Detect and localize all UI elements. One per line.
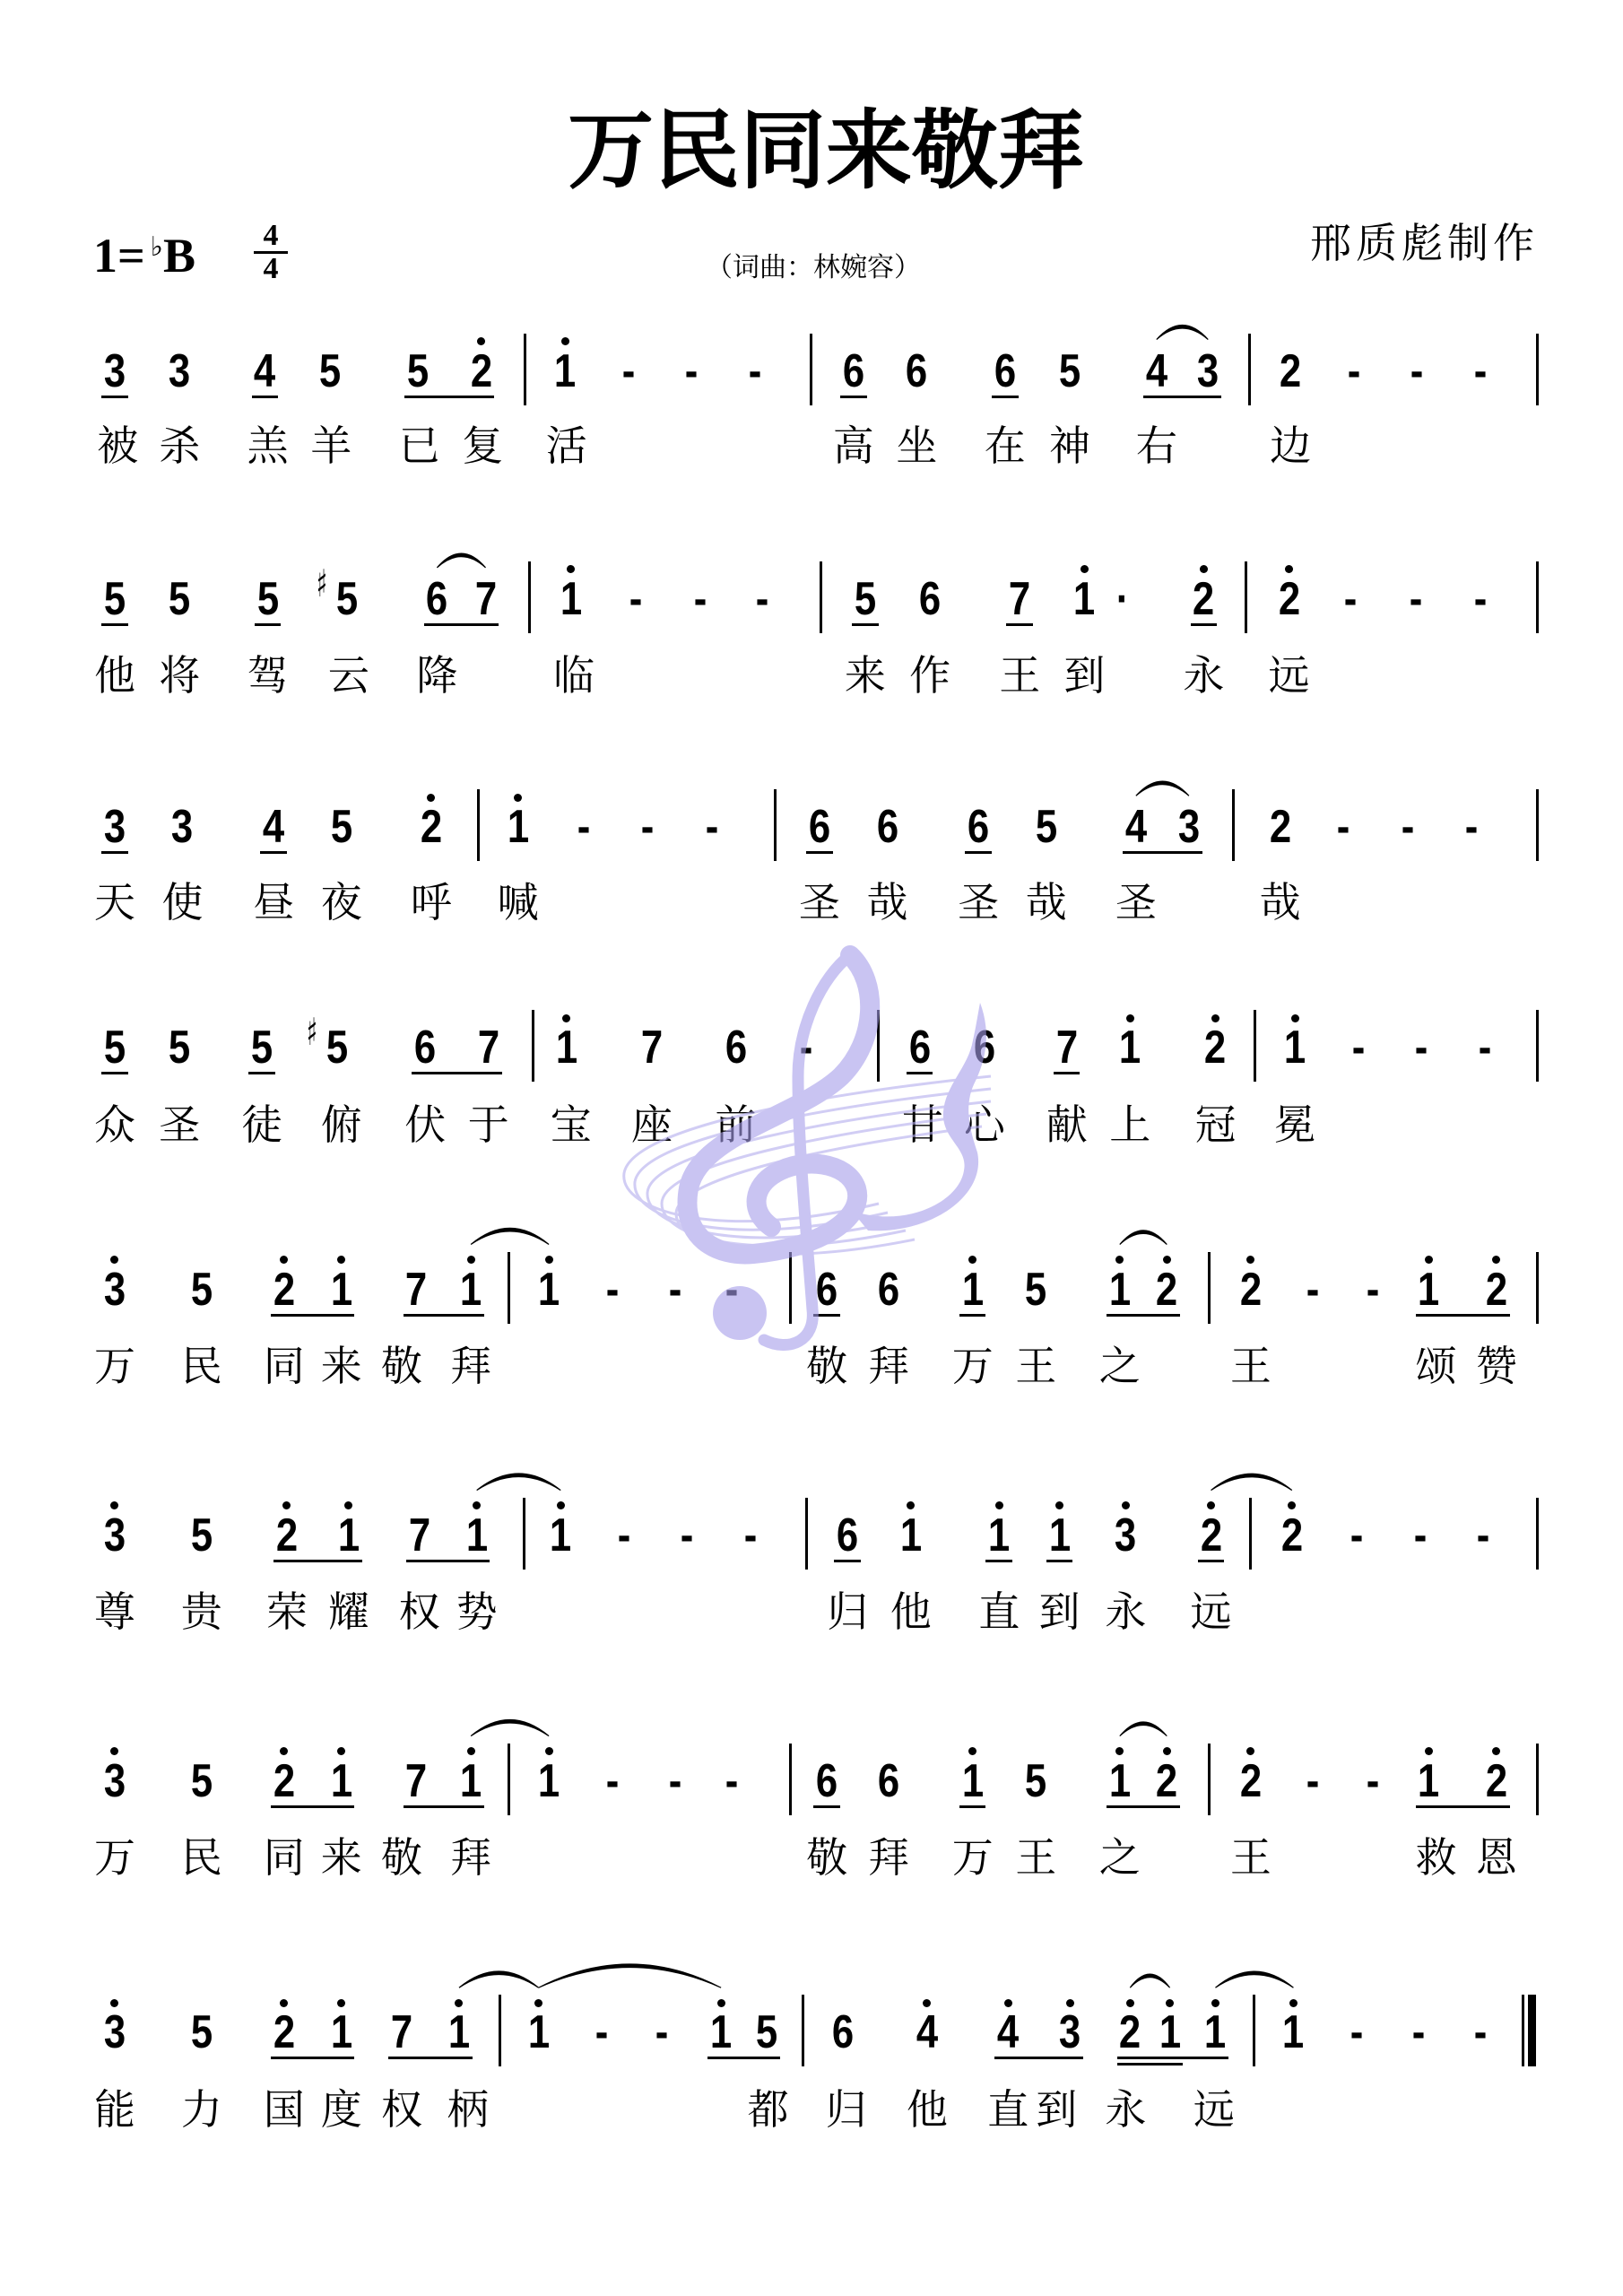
note-digit: -	[681, 1511, 694, 1560]
note-digit: 5	[855, 575, 876, 623]
barline	[523, 1498, 525, 1570]
note-digit: 6	[906, 347, 927, 396]
lyric-syllable: 颂	[1416, 1344, 1457, 1388]
note-digit: 5	[251, 1023, 273, 1072]
note-digit: 1	[1418, 1757, 1439, 1805]
barline	[1536, 789, 1539, 861]
note-digit: -	[1337, 803, 1350, 851]
note-digit: 4	[997, 2008, 1019, 2057]
note-digit: 1	[1418, 1265, 1439, 1314]
lyric-syllable: 将	[159, 653, 200, 698]
beam-underline	[101, 851, 128, 854]
note-digit: -	[725, 1757, 738, 1805]
barline	[1536, 1498, 1539, 1570]
note-digit: 2	[421, 803, 442, 851]
note-digit: -	[669, 1757, 682, 1805]
note-digit: -	[1409, 575, 1422, 623]
lyric-syllable: 在	[985, 423, 1026, 468]
note-digit: 3	[1178, 803, 1200, 851]
lyric-syllable: 度	[321, 2087, 362, 2132]
barline	[789, 1252, 792, 1324]
lyric-syllable: 敬	[381, 1835, 422, 1880]
lyric-syllable: 甘	[902, 1102, 943, 1147]
note-digit: 1	[338, 1511, 360, 1560]
beam-underline	[992, 396, 1019, 398]
barline	[1536, 1010, 1539, 1082]
sheet-music-page: 万民同来敬拜 1=♭B 4 4 （词曲：林婉容） 邢质彪制作 3345521--…	[0, 0, 1623, 2296]
lyric-syllable: 万	[952, 1344, 994, 1388]
note-digit: 6	[843, 347, 864, 396]
lyric-syllable: 他	[94, 653, 135, 698]
note-digit: 6	[968, 803, 989, 851]
lyric-syllable: 归	[826, 2087, 867, 2132]
note-digit: 6	[725, 1023, 746, 1072]
note-digit: 1	[448, 2008, 470, 2057]
note-digit: 5	[257, 575, 279, 623]
note-digit: -	[800, 1023, 813, 1072]
note-digit: -	[706, 803, 719, 851]
note-digit: 1	[466, 1511, 488, 1560]
barline	[1536, 1744, 1539, 1815]
note-digit: 5	[191, 2008, 213, 2057]
lyric-syllable: 献	[1046, 1102, 1088, 1147]
lyric-syllable: 赞	[1476, 1344, 1517, 1388]
lyric-syllable: 来	[845, 653, 886, 698]
note-digit: -	[1347, 347, 1360, 396]
barline	[508, 1252, 510, 1324]
beam-underline	[959, 1314, 986, 1317]
note-digit: 6	[414, 1023, 436, 1072]
lyric-syllable: 拜	[450, 1344, 491, 1388]
octave-dot-high	[1425, 1256, 1433, 1264]
note-digit: 1	[710, 2008, 732, 2057]
beam-underline	[1191, 623, 1218, 626]
octave-dot-high	[1291, 1014, 1299, 1022]
beam-underline	[388, 2057, 473, 2059]
sharp-icon: ♯	[316, 564, 328, 604]
note-digit: 1	[1282, 2008, 1304, 2057]
lyric-syllable: 宝	[551, 1102, 592, 1147]
octave-dot-high	[1126, 1014, 1134, 1022]
beam-underline	[271, 2057, 355, 2059]
lyric-syllable: 王	[1015, 1344, 1056, 1388]
octave-dot-high	[1425, 1747, 1433, 1755]
lyric-syllable: 救	[1416, 1835, 1457, 1880]
note-digit: 1	[331, 2008, 352, 2057]
lyric-syllable: 直	[987, 2087, 1028, 2132]
note-digit: 3	[1115, 1511, 1136, 1560]
beam-underline	[404, 1805, 484, 1808]
note-digit: 7	[405, 1265, 427, 1314]
lyric-syllable: 伏	[404, 1102, 446, 1147]
note-digit: 1	[1109, 1265, 1131, 1314]
note-digit: 6	[908, 1023, 930, 1072]
octave-dot-high	[514, 794, 522, 802]
lyric-syllable: 敬	[806, 1344, 847, 1388]
octave-dot-high	[557, 1501, 565, 1509]
lyric-syllable: 于	[468, 1102, 509, 1147]
lyric-syllable: 都	[748, 2087, 789, 2132]
note-digit: -	[756, 575, 769, 623]
note-digit: 4	[916, 2008, 938, 2057]
beam-underline	[1054, 1072, 1081, 1074]
lyric-syllable: 敬	[381, 1344, 422, 1388]
note-digit: 3	[104, 1757, 126, 1805]
lyric-syllable: 永	[1105, 1589, 1146, 1634]
lyric-syllable: 来	[321, 1344, 362, 1388]
note-digit: 2	[1204, 1023, 1226, 1072]
lyric-syllable: 万	[94, 1835, 135, 1880]
note-digit: 4	[254, 347, 275, 396]
note-digit: 1	[962, 1757, 984, 1805]
octave-dot-high	[1211, 1014, 1219, 1022]
lyric-syllable: 来	[321, 1835, 362, 1880]
lyric-syllable: 右	[1136, 423, 1177, 468]
note-digit: 7	[405, 1757, 427, 1805]
beam-underline	[1107, 1805, 1180, 1808]
note-digit: 2	[1486, 1757, 1507, 1805]
barline	[810, 334, 812, 405]
lyric-syllable: 被	[97, 423, 138, 468]
note-digit: -	[685, 347, 699, 396]
octave-dot-high	[1126, 1999, 1134, 2007]
note-digit: 5	[318, 347, 340, 396]
note-digit: -	[618, 1511, 631, 1560]
note-digit: 1	[962, 1265, 984, 1314]
lyric-syllable: 前	[716, 1102, 757, 1147]
note-digit: 1	[331, 1265, 352, 1314]
note-digit: 5	[191, 1511, 213, 1560]
note-digit: 1	[460, 1265, 482, 1314]
beam-underline	[273, 1560, 361, 1562]
note-digit: ·	[1116, 575, 1130, 623]
note-digit: 5	[1059, 347, 1081, 396]
note-digit: -	[1351, 1023, 1365, 1072]
beam-underline	[271, 1805, 355, 1808]
lyric-syllable: 边	[1270, 423, 1311, 468]
note-digit: 5	[169, 575, 190, 623]
beam-underline	[260, 851, 287, 854]
note-digit: 2	[1119, 2008, 1141, 2057]
lyric-syllable: 活	[546, 423, 587, 468]
note-digit: 5	[104, 575, 126, 623]
barline	[1245, 561, 1247, 633]
lyric-syllable: 坐	[896, 423, 937, 468]
lyric-syllable: 到	[1036, 2087, 1077, 2132]
barline	[789, 1744, 792, 1815]
lyric-syllable: 喊	[498, 880, 539, 925]
note-digit: 2	[273, 1265, 295, 1314]
note-digit: 1	[1048, 1511, 1070, 1560]
beam-underline	[994, 2057, 1082, 2059]
beam-underline	[1006, 623, 1033, 626]
octave-dot-high	[995, 1501, 1003, 1509]
lyric-syllable: 国	[264, 2087, 305, 2132]
note-digit: 1	[1204, 2008, 1226, 2057]
note-digit: 5	[331, 803, 352, 851]
note-digit: 1	[460, 1757, 482, 1805]
beam-underline	[1143, 396, 1221, 398]
lyric-syllable: 降	[416, 653, 457, 698]
note-digit: -	[1344, 575, 1358, 623]
note-digit: 1	[1119, 1023, 1141, 1072]
beam-underline	[1107, 1314, 1180, 1317]
note-digit: -	[1350, 1511, 1364, 1560]
beam-underline	[965, 851, 992, 854]
lyric-syllable: 圣	[958, 880, 999, 925]
lyric-syllable: 直	[978, 1589, 1020, 1634]
lyric-syllable: 永	[1183, 653, 1224, 698]
lyric-syllable: 冠	[1194, 1102, 1236, 1147]
barline	[1254, 1010, 1256, 1082]
note-digit: 5	[407, 347, 429, 396]
note-digit: 5	[169, 1023, 190, 1072]
note-digit: 1	[560, 575, 582, 623]
note-digit: -	[1412, 2008, 1426, 2057]
lyric-syllable: 圣	[159, 1102, 200, 1147]
lyric-syllable: 羔	[247, 423, 289, 468]
octave-dot-high	[1166, 1999, 1174, 2007]
lyric-syllable: 到	[1063, 653, 1105, 698]
note-digit: 2	[1486, 1265, 1507, 1314]
beam-underline	[1046, 1560, 1073, 1562]
beam-underline	[404, 1314, 484, 1317]
note-digit: -	[1306, 1265, 1319, 1314]
note-digit: 6	[878, 1757, 899, 1805]
lyric-syllable: 徒	[241, 1102, 282, 1147]
note-digit: 1	[507, 803, 528, 851]
lyric-syllable: 民	[181, 1835, 222, 1880]
note-digit: 5	[1036, 803, 1057, 851]
note-digit: 4	[1146, 347, 1167, 396]
note-digit: -	[605, 1265, 619, 1314]
note-digit: 2	[1281, 1511, 1303, 1560]
note-digit: -	[577, 803, 591, 851]
sharp-icon: ♯	[306, 1013, 318, 1052]
lyric-syllable: 羊	[310, 423, 352, 468]
barline	[477, 789, 480, 861]
beam-underline	[834, 1560, 861, 1562]
lyric-syllable: 高	[833, 423, 874, 468]
barline	[528, 561, 531, 633]
lyric-syllable: 到	[1039, 1589, 1081, 1634]
note-digit: -	[621, 347, 635, 396]
lyric-syllable: 上	[1109, 1102, 1150, 1147]
octave-dot-high	[545, 1256, 553, 1264]
beam-underline	[813, 1805, 840, 1808]
note-digit: 5	[1025, 1265, 1046, 1314]
barline	[1232, 789, 1235, 861]
lyric-syllable: 万	[952, 1835, 994, 1880]
final-barline-thin	[1522, 1995, 1524, 2066]
note-digit: -	[1478, 1023, 1491, 1072]
lyric-syllable: 杀	[159, 423, 200, 468]
lyric-syllable: 敬	[806, 1835, 847, 1880]
note-digit: 5	[336, 575, 358, 623]
lyric-syllable: 作	[909, 653, 950, 698]
barline	[1248, 334, 1251, 405]
note-digit: 1	[556, 1023, 577, 1072]
note-digit: 7	[409, 1511, 430, 1560]
note-digit: 3	[171, 803, 193, 851]
barline	[1536, 1252, 1539, 1324]
note-digit: 1	[550, 1511, 571, 1560]
beam-underline	[271, 1314, 355, 1317]
note-digit: 2	[1240, 1757, 1262, 1805]
beam-underline	[248, 1072, 275, 1074]
note-digit: -	[1410, 347, 1424, 396]
note-digit: 3	[104, 1265, 126, 1314]
lyric-syllable: 临	[553, 653, 595, 698]
beam-underline	[959, 1805, 986, 1808]
lyric-syllable: 力	[181, 2087, 222, 2132]
note-digit: -	[641, 803, 655, 851]
note-digit: -	[749, 347, 762, 396]
note-digit: -	[694, 575, 707, 623]
beam-underline	[255, 623, 282, 626]
octave-dot-high	[280, 1999, 288, 2007]
note-digit: -	[605, 1757, 619, 1805]
note-digit: 2	[1240, 1265, 1262, 1314]
beam-underline	[1416, 1805, 1510, 1808]
lyric-syllable: 昼	[253, 880, 294, 925]
octave-dot-high	[1163, 1256, 1171, 1264]
lyric-syllable: 永	[1105, 2087, 1146, 2132]
lyric-syllable: 云	[328, 653, 369, 698]
octave-dot-high	[427, 794, 435, 802]
note-digit: 5	[756, 2008, 777, 2057]
note-digit: 2	[1156, 1265, 1177, 1314]
note-digit: 7	[641, 1023, 663, 1072]
beam-underline	[101, 1072, 128, 1074]
beam-underline-double	[1117, 2063, 1184, 2066]
lyric-syllable: 复	[462, 423, 503, 468]
beam-underline	[1416, 1314, 1510, 1317]
beam-underline	[412, 1072, 501, 1074]
lyric-syllable: 已	[399, 423, 440, 468]
note-digit: -	[655, 2008, 669, 2057]
note-digit: 5	[1025, 1757, 1046, 1805]
lyric-syllable: 圣	[1115, 880, 1157, 925]
octave-dot-high	[1122, 1501, 1130, 1509]
barline	[877, 1010, 880, 1082]
lyric-syllable: 之	[1099, 1835, 1141, 1880]
note-digit: 3	[104, 803, 126, 851]
note-digit: 2	[273, 1757, 295, 1805]
lyric-syllable: 哉	[1026, 880, 1067, 925]
lyric-syllable: 势	[456, 1589, 498, 1634]
note-digit: 1	[1284, 1023, 1306, 1072]
barline	[508, 1744, 510, 1815]
barline	[820, 561, 822, 633]
note-digit: 3	[104, 1511, 126, 1560]
note-digit: 7	[474, 575, 496, 623]
beam-underline	[404, 396, 494, 398]
note-digit: 6	[809, 803, 830, 851]
barline	[1208, 1744, 1211, 1815]
note-digit: -	[1350, 2008, 1364, 2057]
barline	[1249, 1498, 1252, 1570]
lyric-syllable: 能	[94, 2087, 135, 2132]
octave-dot-high	[717, 1999, 725, 2007]
note-digit: 7	[391, 2008, 412, 2057]
note-digit: 7	[1056, 1023, 1078, 1072]
barline	[524, 334, 526, 405]
lyric-syllable: 众	[94, 1102, 135, 1147]
octave-dot-high	[337, 1999, 345, 2007]
note-digit: 1	[538, 1265, 560, 1314]
lyric-syllable: 远	[1193, 2087, 1235, 2132]
beam-underline	[806, 851, 833, 854]
lyric-syllable: 圣	[799, 880, 840, 925]
lyric-syllable: 俯	[321, 1102, 362, 1147]
barline	[1253, 1995, 1255, 2066]
lyric-syllable: 柄	[447, 2087, 489, 2132]
beam-underline	[840, 396, 867, 398]
beam-underline	[707, 2057, 779, 2059]
lyric-syllable: 王	[1230, 1344, 1271, 1388]
note-digit: 3	[1197, 347, 1219, 396]
note-digit: 6	[426, 575, 447, 623]
note-digit: -	[1413, 1511, 1427, 1560]
lyric-syllable: 哉	[867, 880, 908, 925]
note-digit: 3	[169, 347, 190, 396]
barline	[805, 1498, 808, 1570]
note-digit: 6	[837, 1511, 858, 1560]
note-digit: 6	[876, 803, 898, 851]
octave-dot-high	[1004, 1999, 1012, 2007]
beam-underline	[813, 1314, 840, 1317]
note-digit: -	[595, 2008, 609, 2057]
lyric-syllable: 同	[264, 1835, 305, 1880]
lyric-syllable: 之	[1099, 1344, 1141, 1388]
note-digit: 1	[331, 1757, 352, 1805]
note-digit: -	[1402, 803, 1415, 851]
lyric-syllable: 尊	[94, 1589, 135, 1634]
note-digit: 6	[994, 347, 1016, 396]
lyric-syllable: 远	[1269, 653, 1310, 698]
lyric-syllable: 拜	[450, 1835, 491, 1880]
note-digit: 2	[470, 347, 491, 396]
lyric-syllable: 万	[94, 1344, 135, 1388]
note-digit: 5	[191, 1757, 213, 1805]
lyric-syllable: 权	[399, 1589, 440, 1634]
lyric-syllable: 他	[907, 2087, 948, 2132]
note-digit: 2	[1200, 1511, 1221, 1560]
note-digit: -	[629, 575, 643, 623]
octave-dot-high	[1066, 1999, 1074, 2007]
jianpu-score: 3345521---6665432---被杀羔羊已复活高坐在神右边5555♯67…	[0, 0, 1623, 2296]
lyric-syllable: 荣	[266, 1589, 308, 1634]
barline	[802, 1995, 804, 2066]
note-digit: -	[725, 1265, 738, 1314]
octave-dot-high	[1289, 1999, 1298, 2007]
note-digit: 2	[1280, 347, 1301, 396]
note-digit: -	[1415, 1023, 1428, 1072]
note-digit: 6	[974, 1023, 995, 1072]
beam-underline	[101, 396, 128, 398]
final-barline-thick	[1528, 1995, 1536, 2066]
note-digit: 2	[1193, 575, 1214, 623]
note-digit: -	[744, 1511, 758, 1560]
note-digit: -	[1474, 347, 1488, 396]
note-digit: 3	[104, 2008, 126, 2057]
note-digit: 1	[900, 1511, 922, 1560]
lyric-syllable: 座	[631, 1102, 673, 1147]
lyric-syllable: 使	[161, 880, 203, 925]
lyric-syllable: 民	[181, 1344, 222, 1388]
lyric-syllable: 拜	[868, 1835, 909, 1880]
